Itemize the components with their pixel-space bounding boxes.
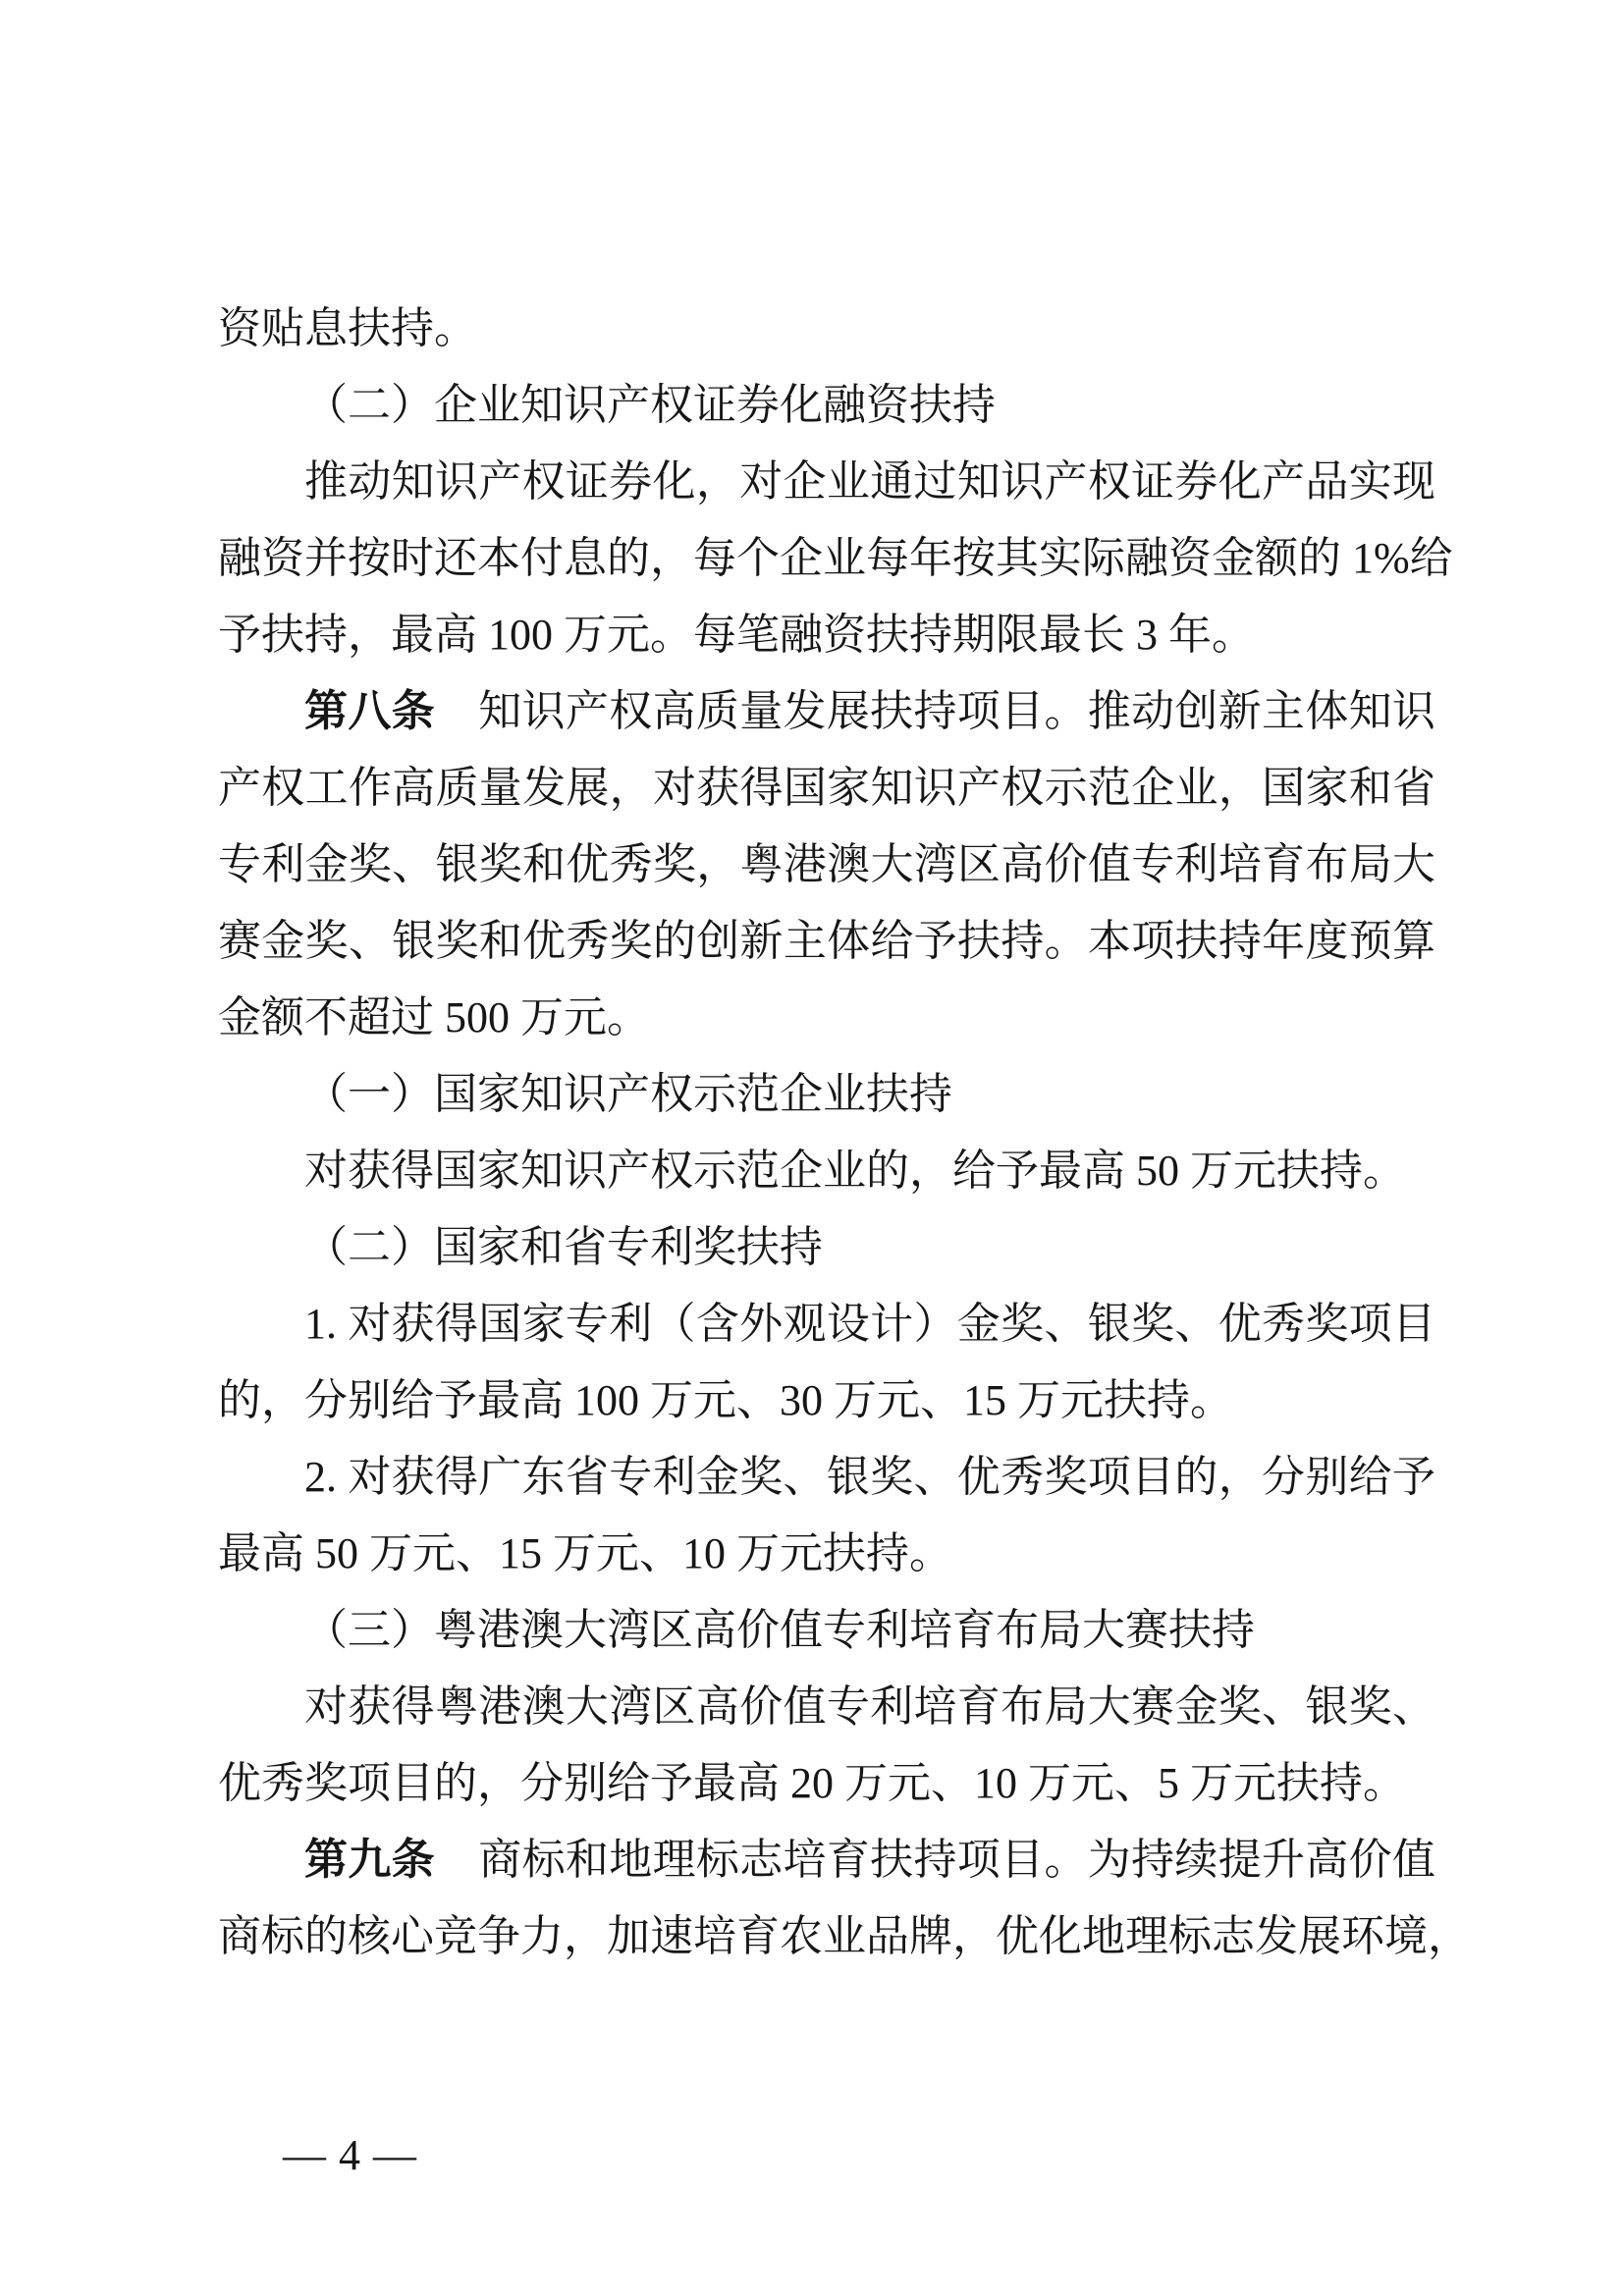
line-text: （三）粤港澳大湾区高价值专利培育布局大赛扶持 xyxy=(304,1606,1255,1654)
line-text: 商标的核心竞争力，加速培育农业品牌，优化地理标志发展环境， xyxy=(218,1912,1471,1960)
article-number-bold: 第九条 xyxy=(304,1836,435,1884)
document-page: 资贴息扶持。 （二）企业知识产权证券化融资扶持 推动知识产权证券化，对企业通过知… xyxy=(0,0,1623,2296)
line-text: 产权工作高质量发展，对获得国家知识产权示范企业，国家和省 xyxy=(218,764,1435,812)
text-line: 予扶持，最高 100 万元。每笔融资扶持期限最长 3 年。 xyxy=(218,597,1435,673)
text-line: （一）国家知识产权示范企业扶持 xyxy=(218,1056,1435,1133)
line-text: 最高 50 万元、15 万元、10 万元扶持。 xyxy=(218,1529,952,1577)
text-line: 资贴息扶持。 xyxy=(218,291,1435,367)
line-text: 金额不超过 500 万元。 xyxy=(218,993,650,1041)
line-text: 对获得粤港澳大湾区高价值专利培育布局大赛金奖、银奖、 xyxy=(304,1682,1435,1731)
line-text: 对获得国家知识产权示范企业的，给予最高 50 万元扶持。 xyxy=(304,1147,1406,1195)
text-line: 第九条 商标和地理标志培育扶持项目。为持续提升高价值 xyxy=(218,1822,1435,1898)
document-body: 资贴息扶持。 （二）企业知识产权证券化融资扶持 推动知识产权证券化，对企业通过知… xyxy=(218,291,1435,1975)
text-line: 商标的核心竞争力，加速培育农业品牌，优化地理标志发展环境， xyxy=(218,1898,1435,1975)
text-line: 推动知识产权证券化，对企业通过知识产权证券化产品实现 xyxy=(218,444,1435,520)
page-number-footer: — 4 — xyxy=(236,2073,417,2238)
text-line: 1. 对获得国家专利（含外观设计）金奖、银奖、优秀奖项目 xyxy=(218,1286,1435,1362)
line-text: （二）国家和省专利奖扶持 xyxy=(304,1223,823,1271)
line-text: （二）企业知识产权证券化融资扶持 xyxy=(304,381,996,429)
text-line: 第八条 知识产权高质量发展扶持项目。推动创新主体知识 xyxy=(218,673,1435,750)
line-text: 商标和地理标志培育扶持项目。为持续提升高价值 xyxy=(435,1836,1435,1884)
line-text: 赛金奖、银奖和优秀奖的创新主体给予扶持。本项扶持年度预算 xyxy=(218,917,1435,965)
line-text: 予扶持，最高 100 万元。每笔融资扶持期限最长 3 年。 xyxy=(218,611,1255,659)
line-text: （一）国家知识产权示范企业扶持 xyxy=(304,1070,952,1118)
line-text: 资贴息扶持。 xyxy=(218,304,477,352)
text-line: 的，分别给予最高 100 万元、30 万元、15 万元扶持。 xyxy=(218,1362,1435,1439)
line-text: 专利金奖、银奖和优秀奖，粤港澳大湾区高价值专利培育布局大 xyxy=(218,840,1435,888)
text-line: 赛金奖、银奖和优秀奖的创新主体给予扶持。本项扶持年度预算 xyxy=(218,903,1435,980)
text-line: 最高 50 万元、15 万元、10 万元扶持。 xyxy=(218,1516,1435,1592)
page-number-label: — 4 — xyxy=(283,2131,417,2179)
text-line: 融资并按时还本付息的，每个企业每年按其实际融资金额的 1%给 xyxy=(218,520,1435,597)
line-text: 知识产权高质量发展扶持项目。推动创新主体知识 xyxy=(435,687,1435,735)
line-text: 1. 对获得国家专利（含外观设计）金奖、银奖、优秀奖项目 xyxy=(304,1300,1435,1348)
text-line: 金额不超过 500 万元。 xyxy=(218,980,1435,1056)
text-line: 对获得粤港澳大湾区高价值专利培育布局大赛金奖、银奖、 xyxy=(218,1669,1435,1745)
line-text: 2. 对获得广东省专利金奖、银奖、优秀奖项目的，分别给予 xyxy=(304,1453,1435,1501)
line-text: 的，分别给予最高 100 万元、30 万元、15 万元扶持。 xyxy=(218,1376,1233,1424)
text-line: 优秀奖项目的，分别给予最高 20 万元、10 万元、5 万元扶持。 xyxy=(218,1745,1435,1822)
text-line: 对获得国家知识产权示范企业的，给予最高 50 万元扶持。 xyxy=(218,1133,1435,1209)
text-line: （三）粤港澳大湾区高价值专利培育布局大赛扶持 xyxy=(218,1592,1435,1669)
line-text: 推动知识产权证券化，对企业通过知识产权证券化产品实现 xyxy=(304,457,1435,506)
text-line: 产权工作高质量发展，对获得国家知识产权示范企业，国家和省 xyxy=(218,750,1435,827)
text-line: 专利金奖、银奖和优秀奖，粤港澳大湾区高价值专利培育布局大 xyxy=(218,827,1435,903)
line-text: 融资并按时还本付息的，每个企业每年按其实际融资金额的 1%给 xyxy=(218,534,1453,582)
text-line: （二）国家和省专利奖扶持 xyxy=(218,1209,1435,1286)
article-number-bold: 第八条 xyxy=(304,687,435,735)
text-line: 2. 对获得广东省专利金奖、银奖、优秀奖项目的，分别给予 xyxy=(218,1439,1435,1516)
line-text: 优秀奖项目的，分别给予最高 20 万元、10 万元、5 万元扶持。 xyxy=(218,1759,1406,1807)
text-line: （二）企业知识产权证券化融资扶持 xyxy=(218,367,1435,444)
